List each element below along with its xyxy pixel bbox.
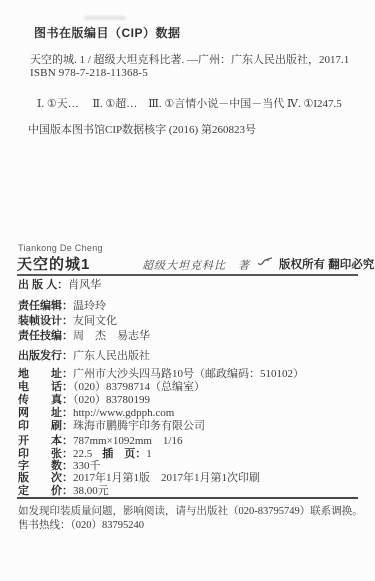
row-printer: 印 刷：珠海市鹏腾宇印务有限公司 [18,420,205,432]
row-value: （020）83798714（总编室） [73,381,205,393]
row-label: 电 话： [18,381,73,393]
row-word-count: 字 数：330千 [18,460,101,472]
row-value: 温玲玲 [73,300,106,312]
cip-description: 天空的城. 1 / 超级大坦克科比著. —广州：广东人民出版社，2017.1 [30,51,349,67]
row-label: 出版发行： [18,350,73,362]
row-label: 责任技编： [18,330,73,342]
footer-divider [17,497,358,499]
row-label: 出 版 人： [18,279,68,291]
row-label: 网 址： [18,407,73,419]
row-value: 330千 [73,460,101,472]
row-label: 责任编辑： [18,300,73,312]
copyright-page: 图书在版编目（CIP）数据 天空的城. 1 / 超级大坦克科比著. —广州：广东… [0,0,375,581]
isbn-number: ISBN 978-7-218-11368-5 [30,67,148,79]
row-value: 22.5 [73,448,92,460]
row-value: 肖风华 [68,279,101,291]
author-credit: 超级大坦克科比 著 [142,257,250,273]
row-editor: 责任编辑：温玲玲 [18,300,106,312]
row-label: 地 址： [18,368,73,380]
row-label: 传 真： [18,394,73,406]
copyright-notice: 版权所有 翻印必究 [279,256,374,272]
row-price: 定 价：38.00元 [18,485,109,497]
insert-page-value: 1 [146,448,152,460]
publisher-mark-icon [257,256,273,268]
row-sheets: 印 张：22.5插 页：1 [18,448,152,460]
row-value: 38.00元 [73,485,109,497]
row-edition: 版 次：2017年1月第1版 2017年1月第1次印刷 [18,472,260,484]
hotline-label: 售书热线： [18,520,71,531]
cip-classification: Ⅰ. ①天… Ⅱ. ①超… Ⅲ. ①言情小说－中国－当代 Ⅳ. ①I247.5 [37,95,342,111]
row-value: 广州市大沙头四马路10号（邮政编码：510102） [73,368,304,380]
title-divider [17,274,358,276]
row-value: 珠海市鹏腾宇印务有限公司 [73,420,205,432]
cip-registry-number: 中国版本图书馆CIP数据核字 (2016) 第260823号 [28,121,256,137]
row-format: 开 本：787mm×1092mm 1/16 [18,435,182,447]
row-value: （020）83780199 [73,394,150,406]
row-label: 开 本： [18,435,73,447]
row-website: 网 址：http://www.gdpph.com [18,407,174,419]
row-value: 2017年1月第1版 2017年1月第1次印刷 [73,472,260,484]
row-publisher: 出版发行：广东人民出版社 [18,350,150,362]
row-phone: 电 话：（020）83798714（总编室） [18,381,205,393]
row-fax: 传 真：（020）83780199 [18,394,150,406]
row-address: 地 址：广州市大沙头四马路10号（邮政编码：510102） [18,368,304,380]
cip-header: 图书在版编目（CIP）数据 [34,24,181,41]
row-label: 字 数： [18,460,73,472]
sales-hotline: 售书热线：（020）83795240 [18,517,144,532]
scan-smudge [84,16,126,20]
row-label: 装帧设计： [18,315,73,327]
row-label: 印 刷： [18,420,73,432]
row-publisher-person: 出 版 人：肖风华 [18,279,101,291]
quality-notice: 如发现印装质量问题，影响阅读，请与出版社（020-83795749）联系调换。 [18,503,363,518]
row-design: 装帧设计：友间文化 [18,315,117,327]
row-label: 版 次： [18,472,73,484]
row-value: 广东人民出版社 [73,350,150,362]
hotline-number: （020）83795240 [71,520,145,531]
row-label: 定 价： [18,485,73,497]
row-label: 印 张： [18,448,73,460]
row-value: 周 杰 易志华 [73,330,150,342]
row-value: 友间文化 [73,315,117,327]
book-title: 天空的城1 [17,253,90,274]
insert-page-label: 插 页： [102,448,146,460]
row-tech-editor: 责任技编：周 杰 易志华 [18,330,150,342]
row-value: 787mm×1092mm 1/16 [73,435,182,447]
title-pinyin: Tiankong De Cheng [18,243,103,253]
website-url: http://www.gdpph.com [73,407,174,419]
